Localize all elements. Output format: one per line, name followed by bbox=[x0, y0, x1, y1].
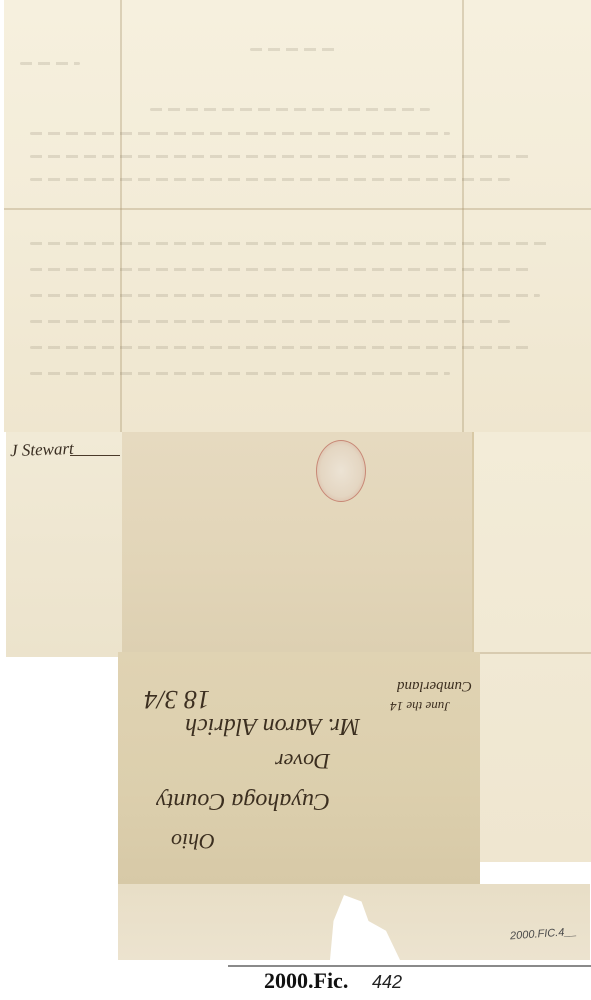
caption-rule bbox=[228, 965, 591, 967]
bleed-through-text bbox=[30, 155, 530, 158]
wax-seal-remnant bbox=[316, 440, 366, 502]
recipient-name: Mr. Aaron Aldrich bbox=[185, 712, 360, 739]
signature-underline bbox=[70, 455, 120, 456]
postmark-town: Cumberland bbox=[397, 677, 472, 694]
bleed-through-text bbox=[250, 48, 340, 51]
signature: J Stewart bbox=[10, 439, 74, 461]
fold-crease bbox=[4, 208, 591, 210]
bleed-through-text bbox=[30, 242, 550, 245]
fold-crease bbox=[462, 0, 464, 432]
bleed-through-text bbox=[30, 320, 510, 323]
seal-panel bbox=[122, 432, 472, 652]
bleed-through-text bbox=[30, 294, 540, 297]
letter-inner-sheet bbox=[4, 0, 591, 432]
bleed-through-text bbox=[20, 62, 80, 65]
address-block-upside-down: Cumberland June the 14 Mr. Aaron Aldrich… bbox=[118, 652, 480, 884]
postage-rate: 18 3/4 bbox=[144, 684, 210, 714]
bleed-through-text bbox=[150, 108, 430, 111]
letter-scan: J Stewart Cumberland June the 14 Mr. Aar… bbox=[0, 0, 591, 960]
right-fold-panel bbox=[472, 432, 591, 862]
signature-flap bbox=[6, 432, 123, 657]
bleed-through-text bbox=[30, 346, 530, 349]
postmark-date: June the 14 bbox=[390, 698, 450, 714]
recipient-state: Ohio bbox=[171, 828, 215, 854]
bleed-through-text bbox=[30, 132, 450, 135]
recipient-town: Dover bbox=[275, 748, 330, 774]
fold-crease bbox=[120, 0, 122, 432]
bleed-through-text bbox=[30, 178, 510, 181]
bleed-through-text bbox=[30, 372, 450, 375]
recipient-county: Cuyahoga County bbox=[156, 787, 330, 814]
accession-number: 442 bbox=[372, 972, 402, 993]
bleed-through-text bbox=[30, 268, 530, 271]
accession-caption: 2000.Fic. bbox=[264, 968, 348, 994]
